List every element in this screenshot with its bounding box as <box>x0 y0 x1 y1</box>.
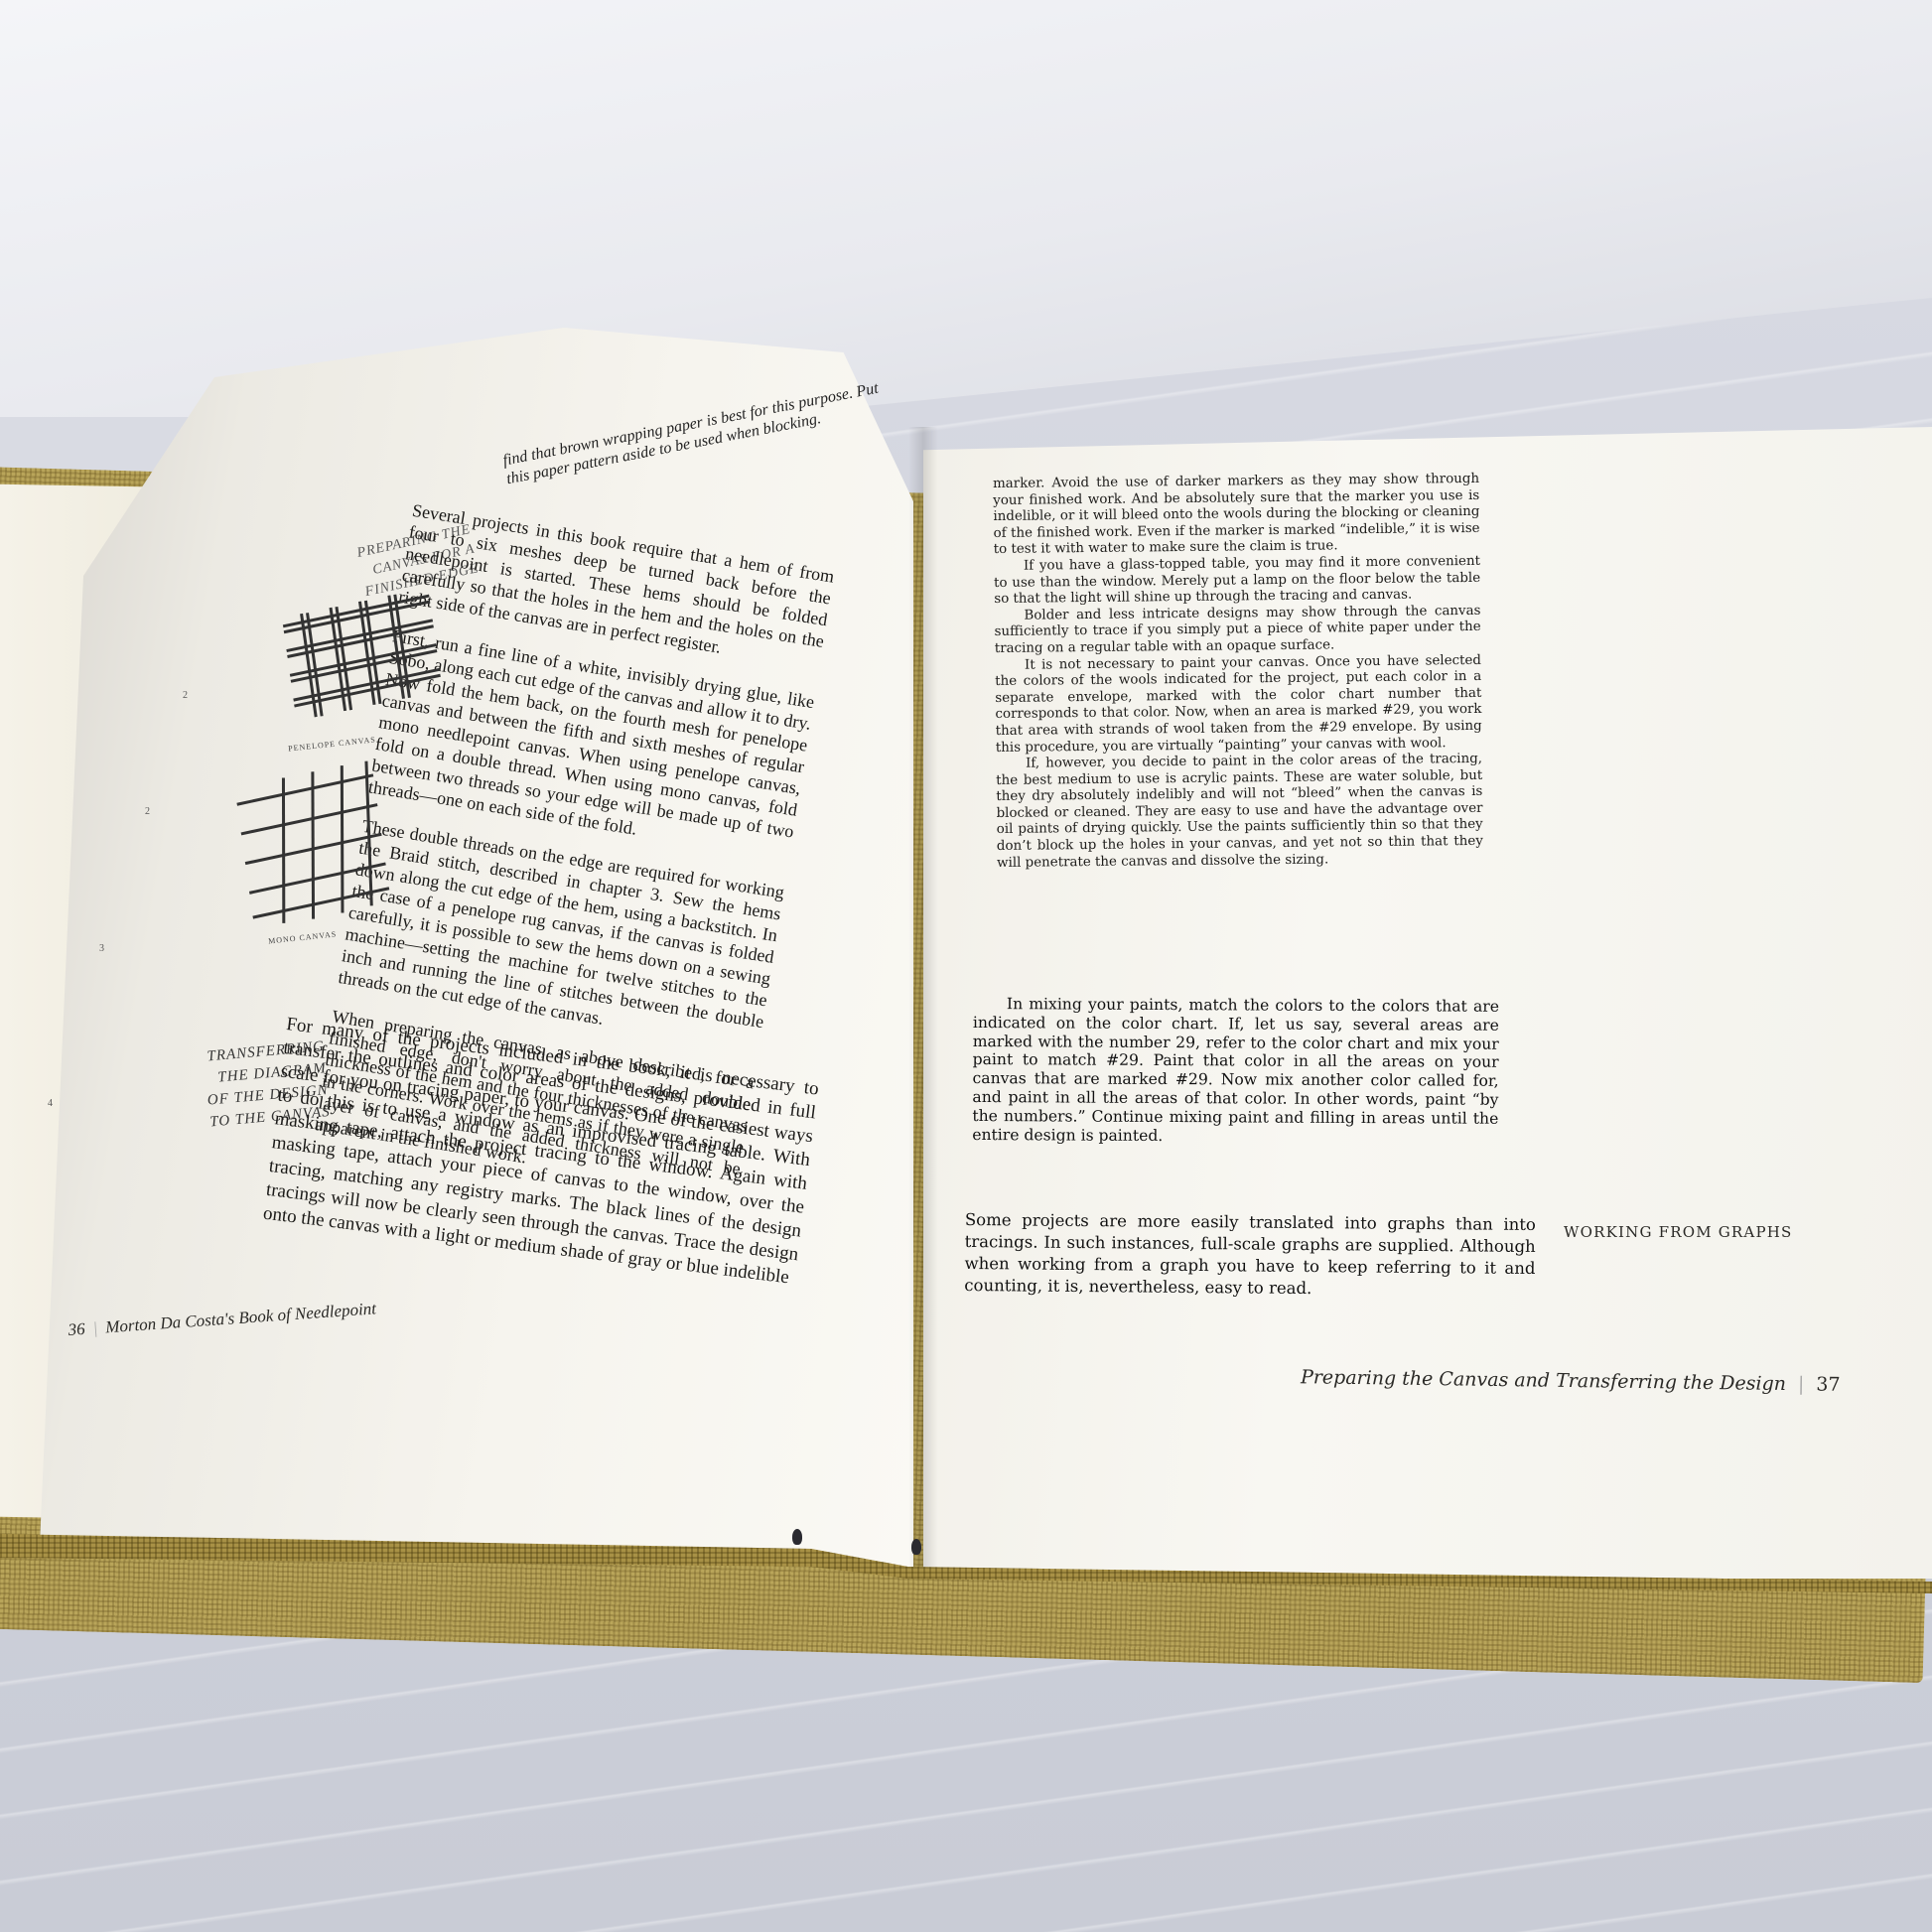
margin-number: 3 <box>99 943 104 954</box>
book-gutter <box>908 427 938 1569</box>
margin-number: 2 <box>145 806 150 817</box>
paragraph: If you have a glass-topped table, you ma… <box>994 554 1480 609</box>
binding-staple-icon <box>792 1529 802 1545</box>
margin-number: 2 <box>183 690 188 701</box>
page-number: 37 <box>1816 1373 1840 1395</box>
page-number: 36 <box>68 1319 85 1339</box>
paragraph: If, however, you decide to paint in the … <box>996 752 1483 872</box>
paragraph: Bolder and less intricate designs may sh… <box>994 604 1480 658</box>
section-heading-graphs: Working from Graphs <box>1564 1223 1793 1241</box>
right-page-mixing-text: In mixing your paints, match the colors … <box>972 995 1499 1147</box>
penelope-canvas-diagram-icon <box>270 585 454 726</box>
paragraph: It is not necessary to paint your canvas… <box>995 652 1482 757</box>
paragraph: In mixing your paints, match the colors … <box>972 995 1499 1147</box>
binding-staple-icon <box>911 1539 921 1555</box>
margin-number: 4 <box>48 1098 53 1109</box>
paragraph: marker. Avoid the use of darker markers … <box>993 472 1480 559</box>
right-page-upper-text: marker. Avoid the use of darker markers … <box>993 472 1483 872</box>
mono-canvas-diagram-icon <box>228 755 398 932</box>
section-graphs-body: Some projects are more easily translated… <box>964 1209 1536 1302</box>
